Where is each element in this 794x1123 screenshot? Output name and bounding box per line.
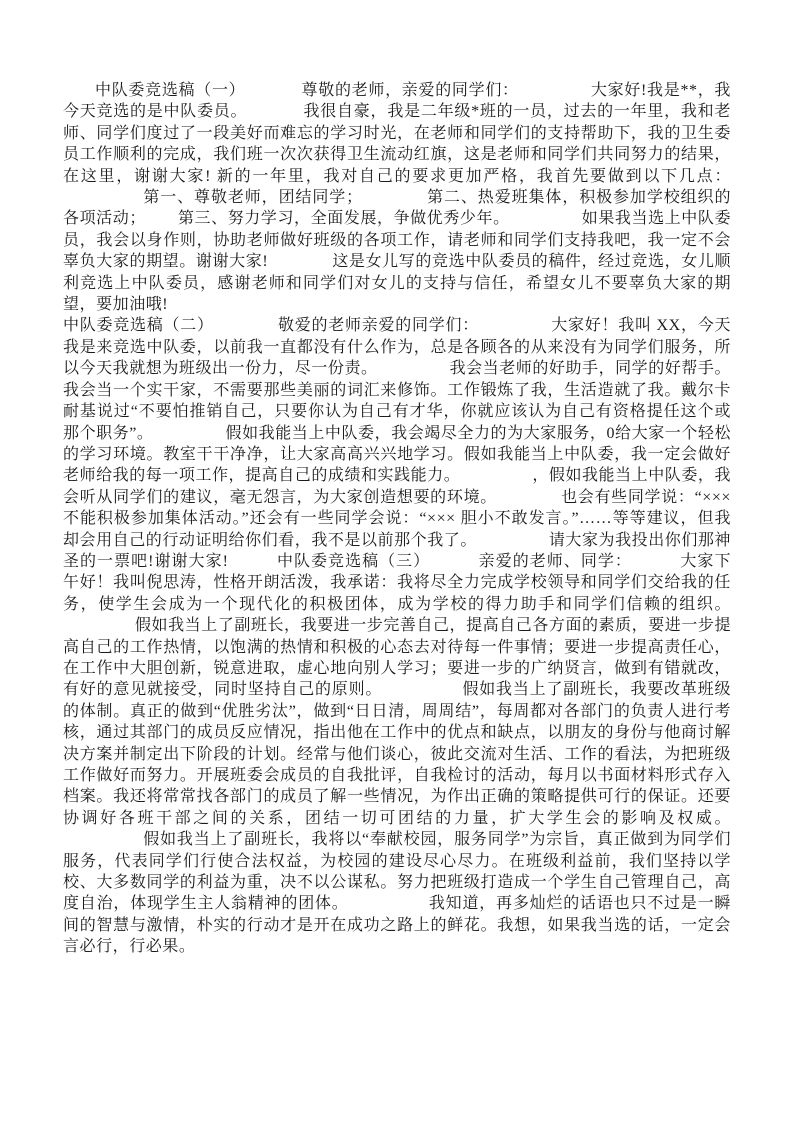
tab-gap bbox=[63, 843, 143, 844]
tab-gap bbox=[477, 544, 549, 545]
tab-gap bbox=[214, 329, 278, 330]
text-segment: 中队委竞选稿（三） bbox=[276, 553, 430, 570]
text-segment: 敬爱的老师亲爱的同学们： bbox=[278, 317, 479, 334]
tab-gap bbox=[245, 94, 301, 95]
tab-gap bbox=[378, 372, 450, 373]
text-segment: 第三、努力学习，全面发展，争做优秀少年。 bbox=[178, 210, 510, 227]
text-segment: 中队委竞选稿（一） bbox=[95, 82, 245, 99]
tab-gap bbox=[247, 115, 303, 116]
tab-gap bbox=[382, 693, 462, 694]
document-body: 中队委竞选稿（一）尊敬的老师，亲爱的同学们：大家好!我是**，我今天竞选的是中队… bbox=[63, 80, 731, 958]
text-segment: 亲爱的老师、同学： bbox=[478, 553, 632, 570]
text-segment: 尊敬的老师，亲爱的同学们： bbox=[301, 82, 518, 99]
tab-gap bbox=[349, 907, 429, 908]
tab-gap bbox=[63, 201, 143, 202]
tab-gap bbox=[363, 201, 427, 202]
tab-gap bbox=[497, 501, 561, 502]
tab-gap bbox=[632, 565, 680, 566]
text-segment: 假如我当上了副班长，我要改革班级的体制。真正的做到“优胜劣汰”，做到“日日清，周… bbox=[63, 681, 731, 826]
tab-gap bbox=[228, 565, 276, 566]
tab-gap bbox=[146, 222, 178, 223]
tab-gap bbox=[479, 329, 551, 330]
document-page: 中队委竞选稿（一）尊敬的老师，亲爱的同学们：大家好!我是**，我今天竞选的是中队… bbox=[0, 0, 794, 1123]
paragraph: 中队委竞选稿（一）尊敬的老师，亲爱的同学们：大家好!我是**，我今天竞选的是中队… bbox=[63, 80, 731, 315]
paragraph: 中队委竞选稿（二）敬爱的老师亲爱的同学们：大家好！我叫 XX，今天我是来竞选中队… bbox=[63, 315, 731, 957]
tab-gap bbox=[430, 565, 478, 566]
tab-gap bbox=[154, 437, 226, 438]
text-segment: 中队委竞选稿（二） bbox=[63, 317, 214, 334]
tab-gap bbox=[519, 94, 591, 95]
tab-gap bbox=[460, 479, 532, 480]
tab-gap bbox=[268, 265, 332, 266]
text-segment: 第一、尊敬老师，团结同学； bbox=[143, 189, 363, 206]
tab-gap bbox=[510, 222, 582, 223]
tab-gap bbox=[63, 629, 135, 630]
